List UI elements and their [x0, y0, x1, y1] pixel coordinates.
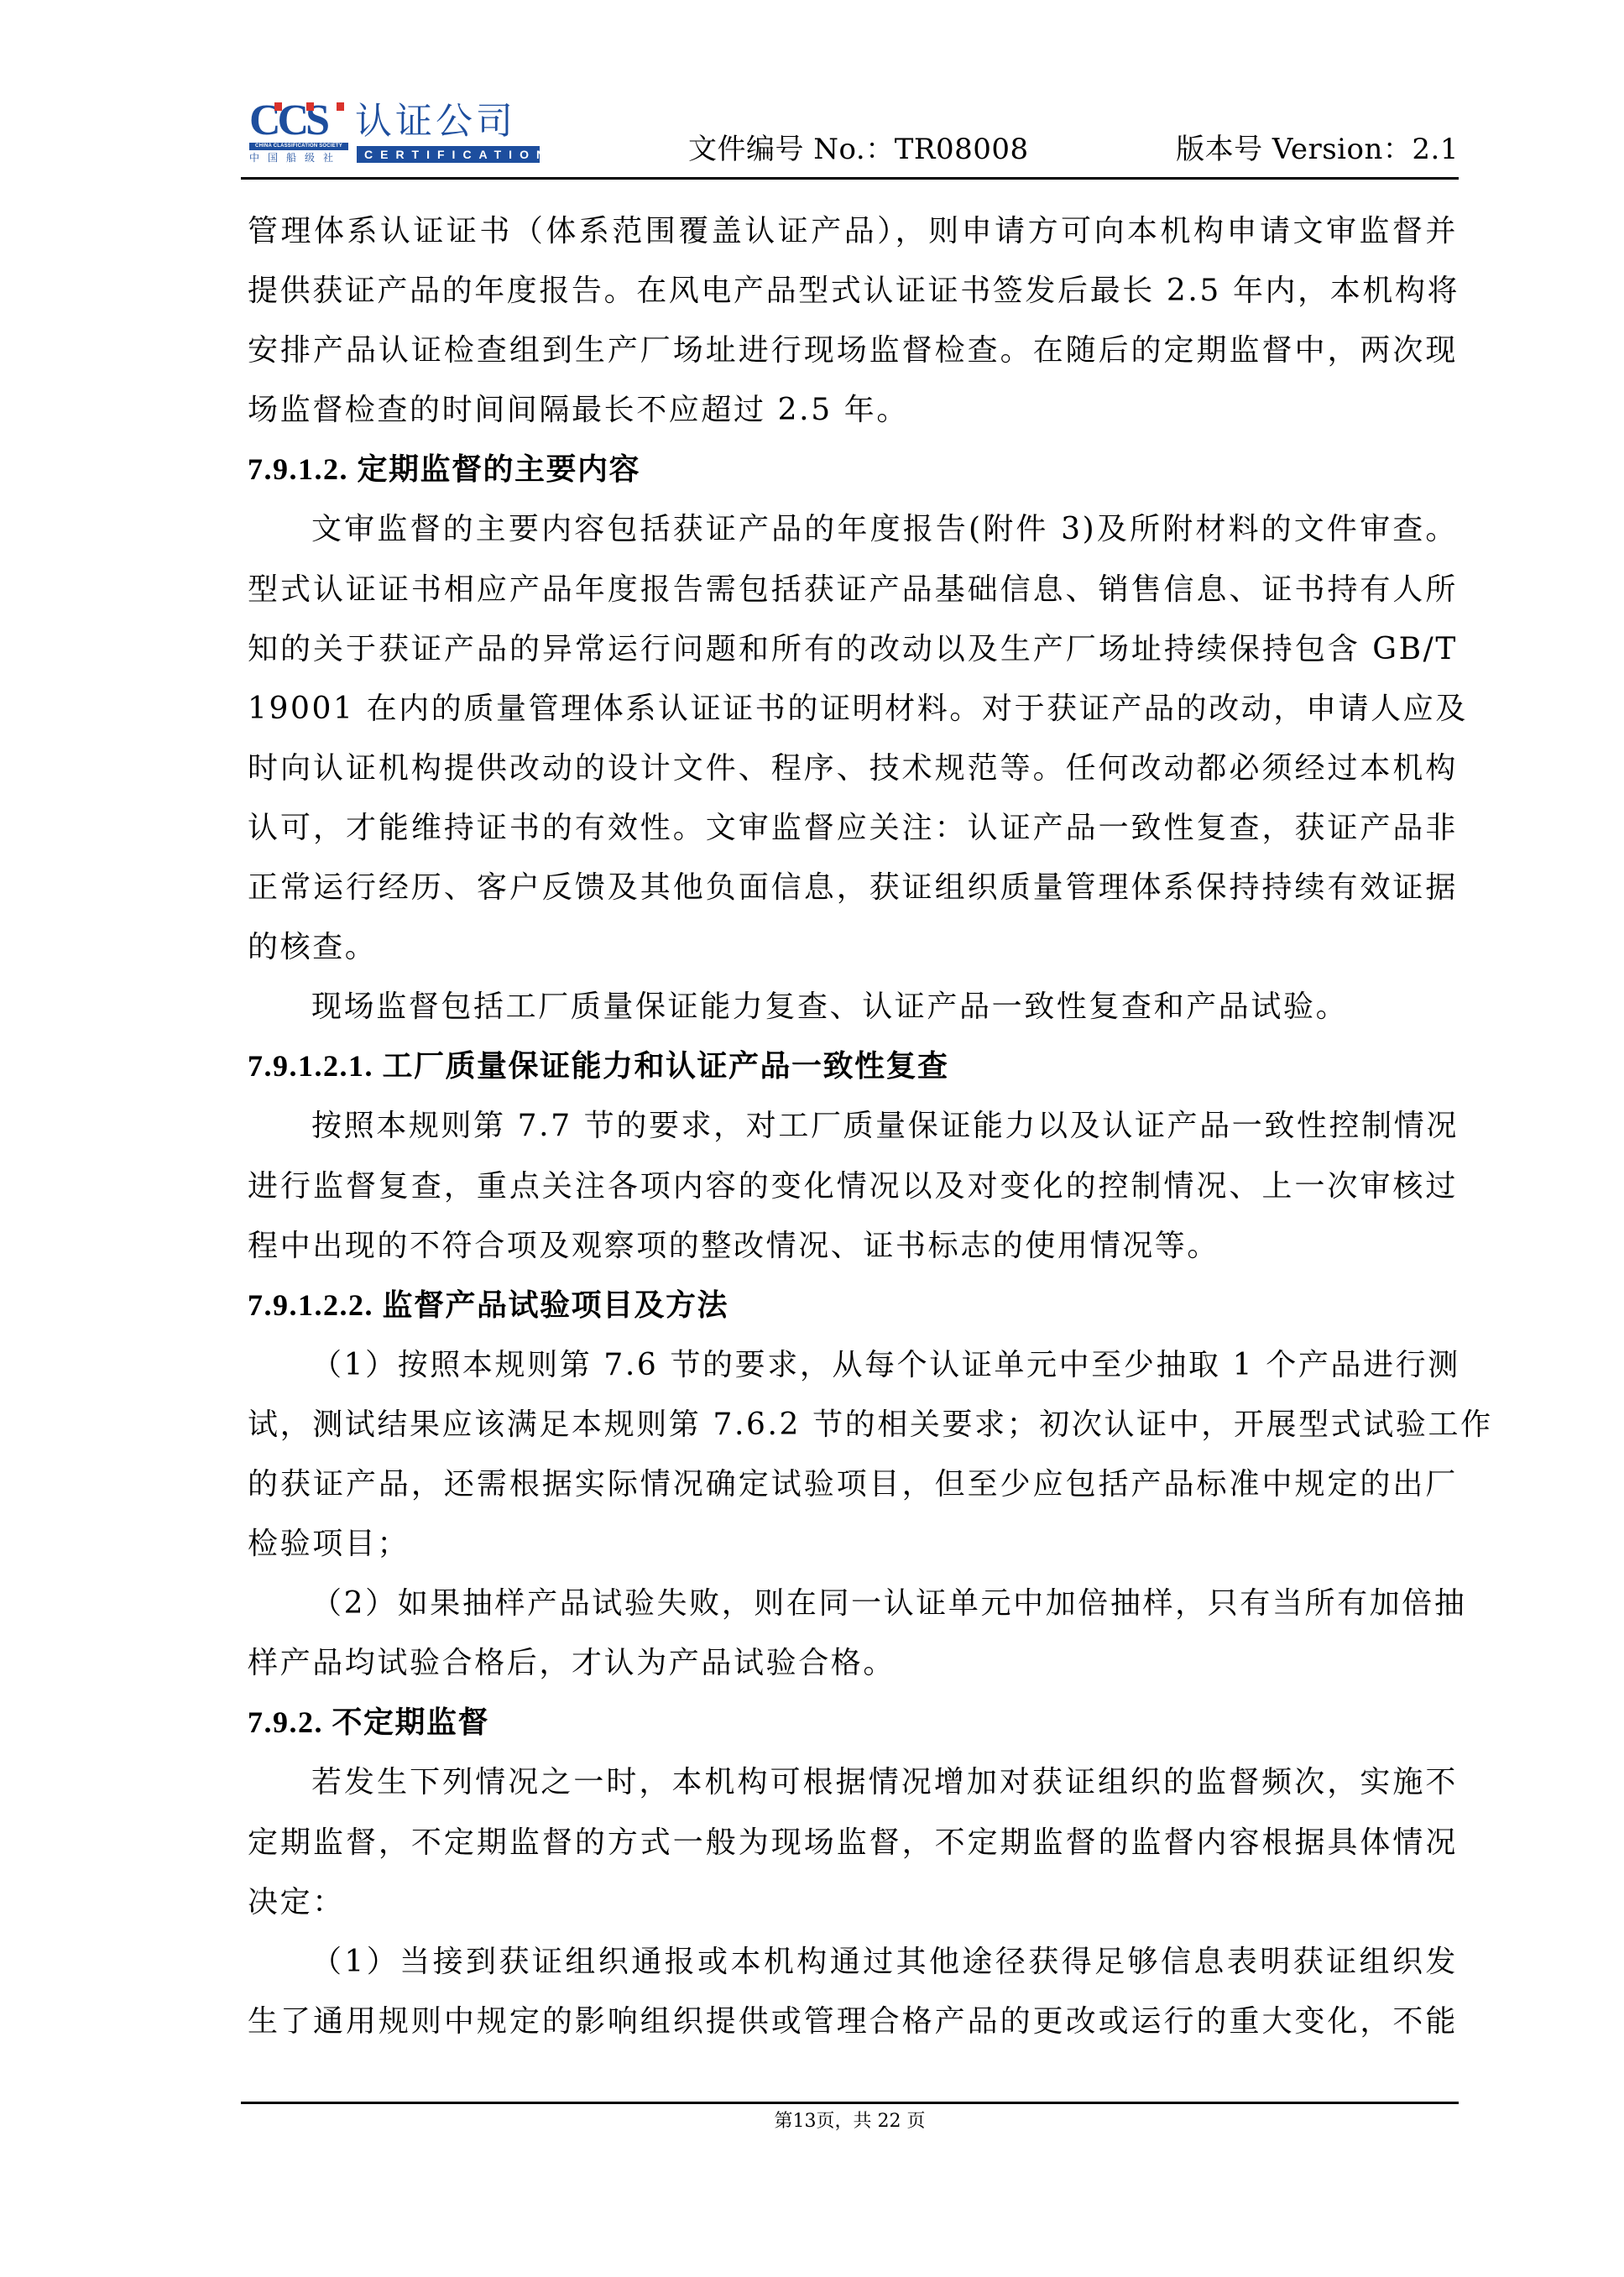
- paragraph-line: 19001 在内的质量管理体系认证证书的证明材料。对于获证产品的改动，申请人应及: [248, 679, 1458, 739]
- logo-society-en: CHINA CLASSIFICATION SOCIETY: [249, 143, 348, 150]
- paragraph-line: （1）按照本规则第 7.6 节的要求，从每个认证单元中至少抽取 1 个产品进行测: [248, 1335, 1458, 1395]
- paragraph-line: 场监督检查的时间间隔最长不应超过 2.5 年。: [248, 380, 1458, 440]
- paragraph-line: 样产品均试验合格后，才认为产品试验合格。: [248, 1633, 1458, 1693]
- paragraph-line: 按照本规则第 7.7 节的要求，对工厂质量保证能力以及认证产品一致性控制情况: [248, 1096, 1458, 1156]
- section-heading: 7.9.2. 不定期监督: [248, 1693, 1458, 1752]
- logo-certification-en: CERTIFICATION: [357, 146, 540, 163]
- paragraph-line: 试，测试结果应该满足本规则第 7.6.2 节的相关要求；初次认证中，开展型式试验…: [248, 1395, 1458, 1454]
- paragraph-line: 认可，才能维持证书的有效性。文审监督应关注：认证产品一致性复查，获证产品非: [248, 798, 1458, 858]
- header-divider: [241, 177, 1459, 180]
- logo-ccs-text: CCS: [249, 96, 326, 146]
- paragraph-line: 程中出现的不符合项及观察项的整改情况、证书标志的使用情况等。: [248, 1216, 1458, 1276]
- paragraph-line: 提供获证产品的年度报告。在风电产品型式认证证书签发后最长 2.5 年内，本机构将: [248, 261, 1458, 321]
- paragraph-line: 生了通用规则中规定的影响组织提供或管理合格产品的更改或运行的重大变化，不能: [248, 1992, 1458, 2051]
- section-heading: 7.9.1.2.1. 工厂质量保证能力和认证产品一致性复查: [248, 1037, 1458, 1096]
- paragraph-line: 管理体系认证证书（体系范围覆盖认证产品），则申请方可向本机构申请文审监督并: [248, 201, 1458, 261]
- paragraph-line: 定期监督，不定期监督的方式一般为现场监督，不定期监督的监督内容根据具体情况: [248, 1813, 1458, 1872]
- logo-red-accent-icon: [274, 102, 282, 111]
- footer-divider: [241, 2102, 1459, 2104]
- paragraph-line: 的核查。: [248, 917, 1458, 977]
- paragraph-line: （2）如果抽样产品试验失败，则在同一认证单元中加倍抽样，只有当所有加倍抽: [248, 1574, 1458, 1633]
- paragraph-line: 正常运行经历、客户反馈及其他负面信息，获证组织质量管理体系保持持续有效证据: [248, 858, 1458, 917]
- ccs-certification-logo: CCS CHINA CLASSIFICATION SOCIETY 中国船级社 认…: [249, 101, 551, 168]
- paragraph-line: 知的关于获证产品的异常运行问题和所有的改动以及生产厂场址持续保持包含 GB/T: [248, 619, 1458, 679]
- paragraph-line: 时向认证机构提供改动的设计文件、程序、技术规范等。任何改动都必须经过本机构: [248, 739, 1458, 798]
- logo-red-accent-icon: [306, 102, 314, 111]
- paragraph-line: 若发生下列情况之一时，本机构可根据情况增加对获证组织的监督频次，实施不: [248, 1752, 1458, 1812]
- ccs-logo-mark: CCS: [249, 101, 348, 143]
- paragraph-line: （1）当接到获证组织通报或本机构通过其他途径获得足够信息表明获证组织发: [248, 1932, 1458, 1992]
- section-heading: 7.9.1.2.2. 监督产品试验项目及方法: [248, 1276, 1458, 1335]
- paragraph-line: 文审监督的主要内容包括获证产品的年度报告(附件 3)及所附材料的文件审查。: [248, 499, 1458, 559]
- paragraph-line: 决定：: [248, 1872, 1458, 1932]
- paragraph-line: 安排产品认证检查组到生产厂场址进行现场监督检查。在随后的定期监督中，两次现: [248, 321, 1458, 380]
- document-version: 版本号 Version：2.1: [1176, 133, 1459, 166]
- logo-society-cn: 中国船级社: [249, 151, 348, 165]
- logo-red-accent-icon: [337, 102, 344, 111]
- paragraph-line: 型式认证证书相应产品年度报告需包括获证产品基础信息、销售信息、证书持有人所: [248, 560, 1458, 619]
- paragraph-line: 现场监督包括工厂质量保证能力复查、认证产品一致性复查和产品试验。: [248, 977, 1458, 1037]
- section-heading: 7.9.1.2. 定期监督的主要内容: [248, 440, 1458, 499]
- page-number: 第13页，共 22 页: [241, 2108, 1459, 2135]
- page-header: CCS CHINA CLASSIFICATION SOCIETY 中国船级社 认…: [241, 94, 1459, 180]
- paragraph-line: 检验项目；: [248, 1514, 1458, 1574]
- document-number: 文件编号 No.：TR08008: [688, 133, 1029, 166]
- document-body: 管理体系认证证书（体系范围覆盖认证产品），则申请方可向本机构申请文审监督并提供获…: [248, 201, 1458, 2051]
- logo-certification-cn: 认证公司: [355, 101, 516, 143]
- paragraph-line: 的获证产品，还需根据实际情况确定试验项目，但至少应包括产品标准中规定的出厂: [248, 1454, 1458, 1514]
- paragraph-line: 进行监督复查，重点关注各项内容的变化情况以及对变化的控制情况、上一次审核过: [248, 1157, 1458, 1216]
